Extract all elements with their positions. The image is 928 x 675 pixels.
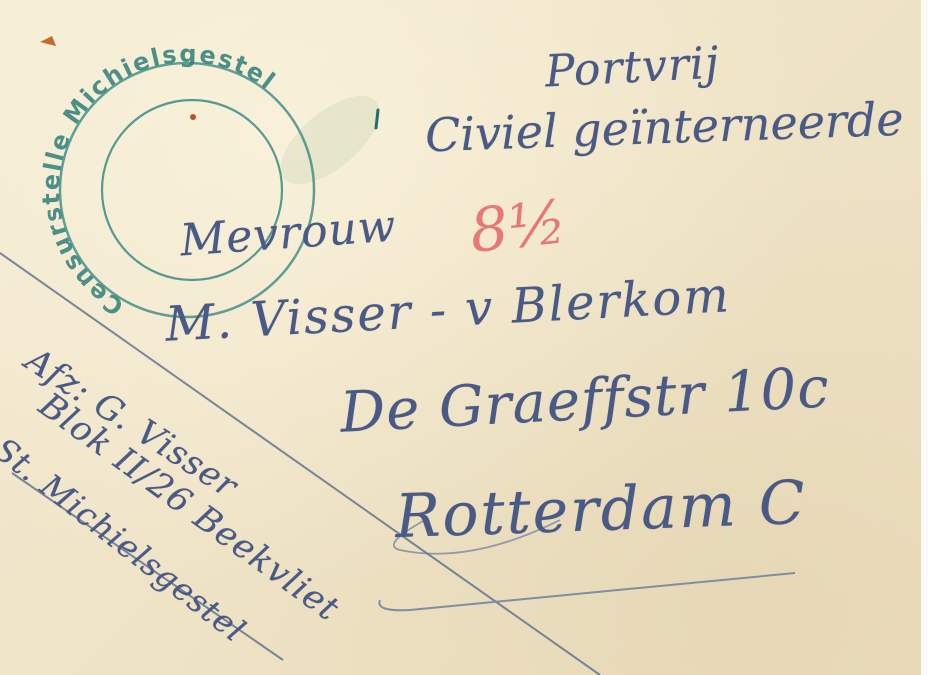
envelope: Censurstelle Michielsgestel Portvrij Civ…	[0, 0, 921, 675]
red-postage-mark: 8½	[467, 187, 570, 267]
header-portvrij: Portvrij	[544, 37, 721, 97]
underline-city	[379, 573, 795, 610]
scan-edge	[921, 0, 928, 675]
recipient-city: Rotterdam C	[394, 468, 808, 552]
